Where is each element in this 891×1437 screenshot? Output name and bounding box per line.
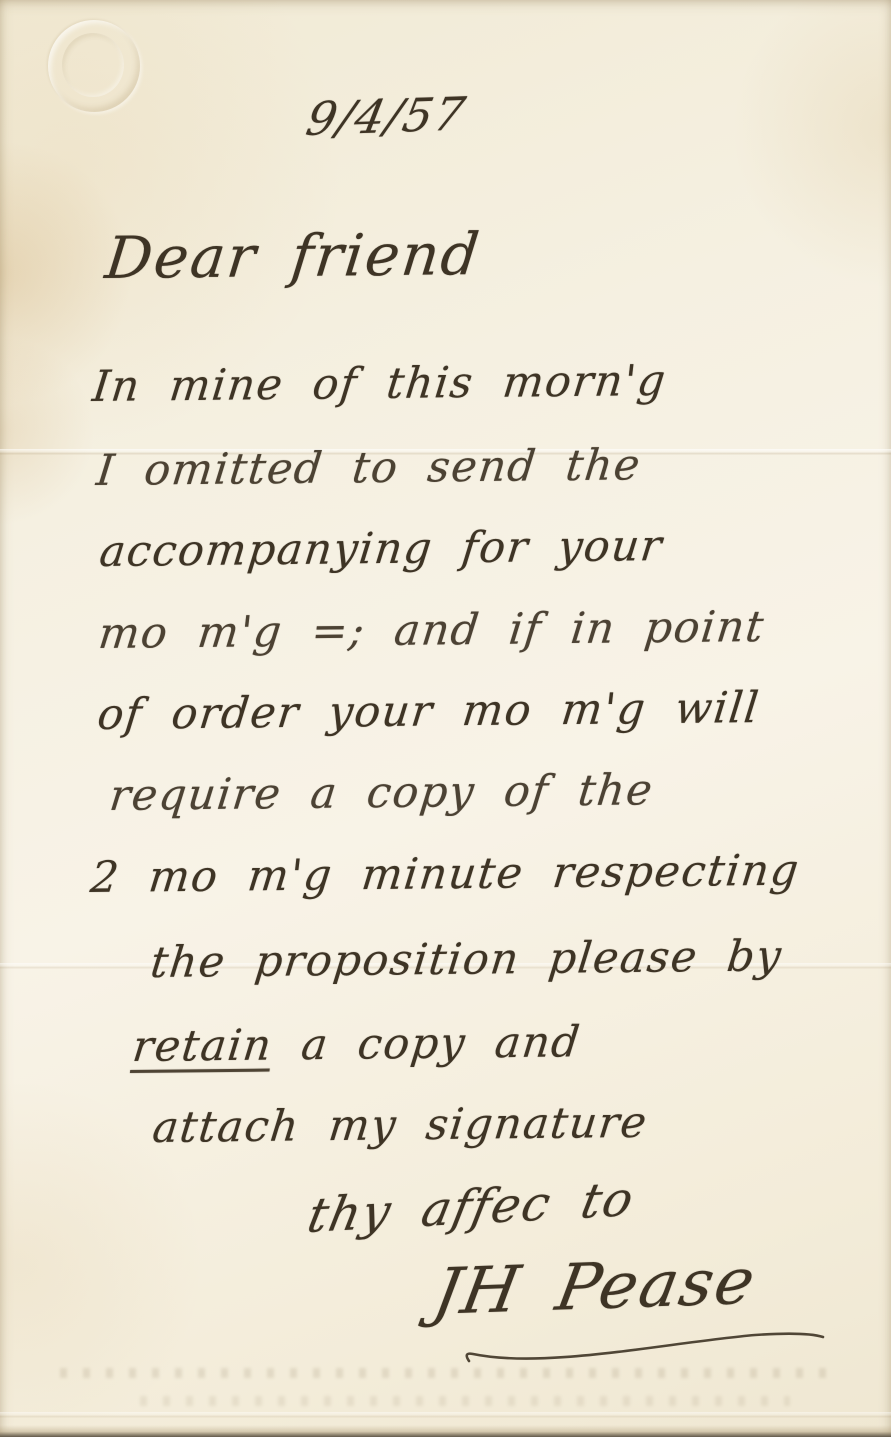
letter-line-retain: retain a copy and (130, 1017, 583, 1072)
letter-date: 9/4/57 (302, 87, 471, 146)
signature-flourish (455, 1325, 835, 1373)
letter-line: attach my signature (150, 1098, 650, 1153)
letter-line: the proposition please by (148, 931, 785, 988)
letter-line: require a copy of the (107, 765, 656, 821)
underlined-word: retain (130, 1021, 275, 1072)
letter-page: 9/4/57 Dear friend In mine of this morn'… (0, 0, 891, 1437)
letter-line: I omitted to send the (94, 440, 644, 496)
retain-line-rest: a copy and (270, 1017, 584, 1070)
letter-salutation: Dear friend (102, 220, 484, 292)
embossed-seal (48, 20, 140, 112)
paper-bottom-edge (0, 1425, 891, 1437)
letter-closing: thy affec to (303, 1171, 639, 1244)
letter-line: accompanying for your (97, 521, 666, 577)
ink-showthrough (140, 1396, 790, 1406)
letter-line: mo m'g =; and if in point (96, 602, 767, 659)
letter-signature: JH Pease (428, 1245, 762, 1330)
letter-line: In mine of this morn'g (90, 356, 669, 412)
fold-crease-bottom (0, 1412, 891, 1418)
letter-line: of order your mo m'g will (95, 683, 762, 740)
letter-line: 2 mo m'g minute respecting (88, 846, 802, 903)
ink-showthrough (60, 1368, 840, 1378)
